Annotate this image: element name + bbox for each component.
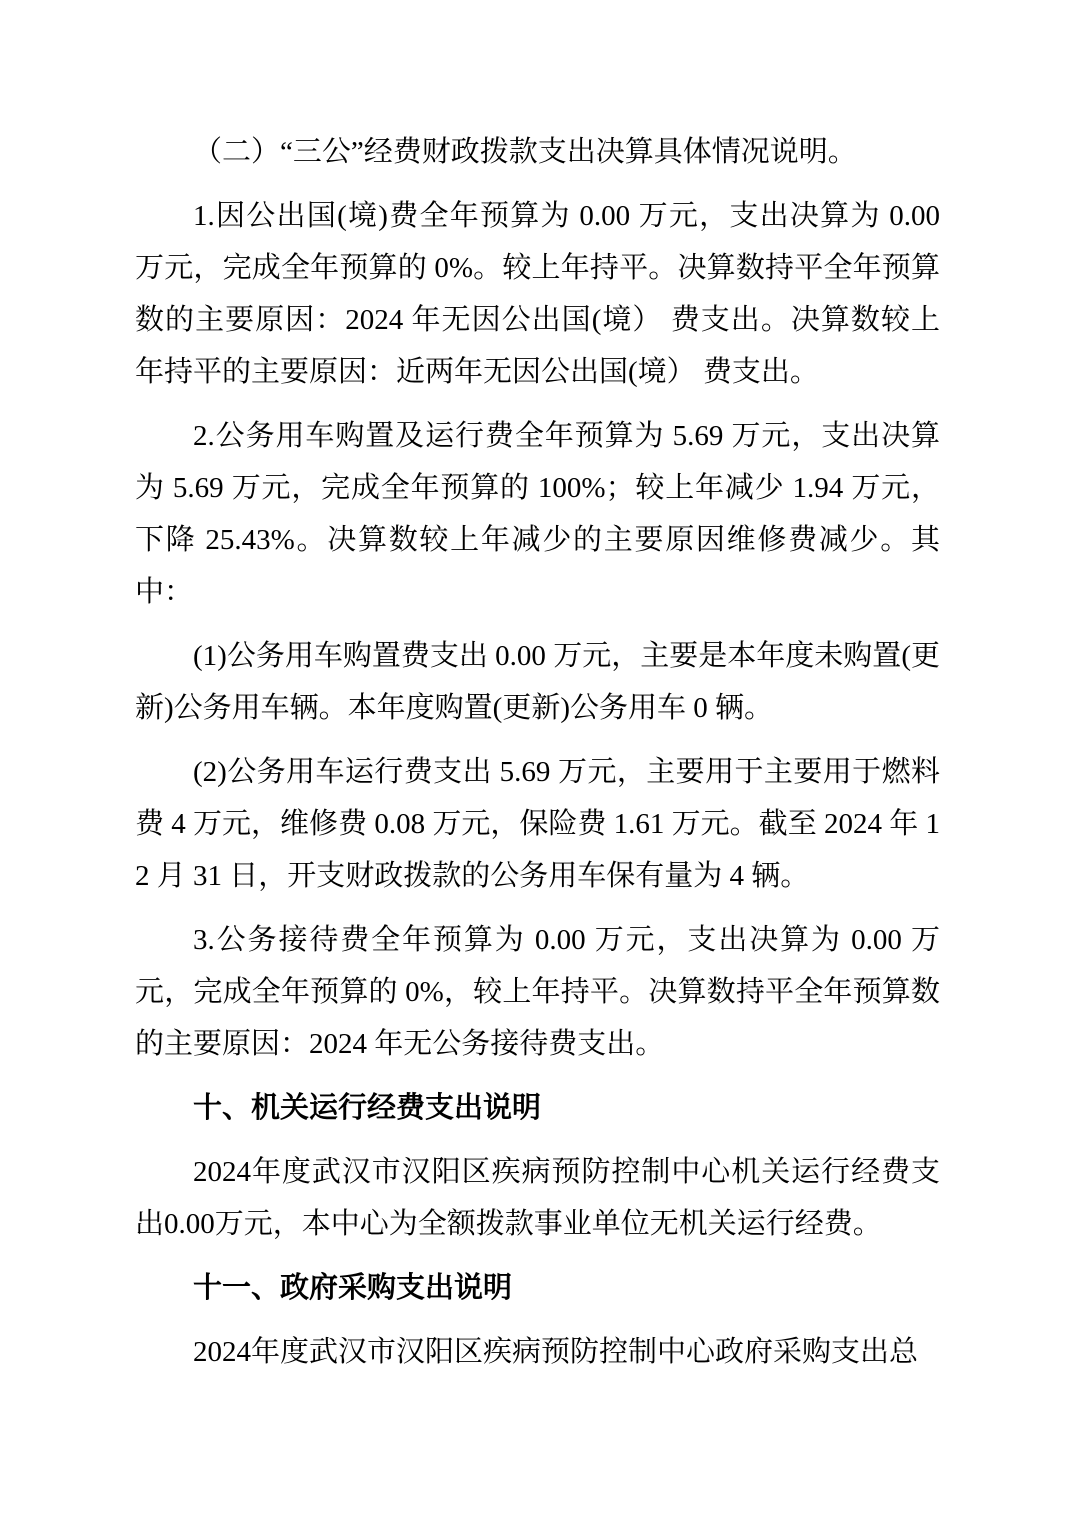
para-vehicle-purchase-expense: (1)公务用车购置费支出 0.00 万元，主要是本年度未购置(更新)公务用车辆。…: [135, 630, 940, 734]
document-page: （二）“三公”经费财政拨款支出决算具体情况说明。 1.因公出国(境)费全年预算为…: [0, 0, 1074, 1520]
para-agency-operating-expense: 2024年度武汉市汉阳区疾病预防控制中心机关运行经费支出0.00万元，本中心为全…: [135, 1146, 940, 1250]
heading-section-eleven-government-procurement: 十一、政府采购支出说明: [135, 1262, 940, 1314]
para-overseas-travel-expense: 1.因公出国(境)费全年预算为 0.00 万元，支出决算为 0.00 万元，完成…: [135, 190, 940, 398]
heading-section-ten-agency-operating-expense: 十、机关运行经费支出说明: [135, 1082, 940, 1134]
para-vehicle-operation-expense: (2)公务用车运行费支出 5.69 万元，主要用于主要用于燃料费 4 万元，维修…: [135, 746, 940, 902]
para-sangong-intro: （二）“三公”经费财政拨款支出决算具体情况说明。: [135, 126, 940, 178]
para-government-procurement: 2024年度武汉市汉阳区疾病预防控制中心政府采购支出总: [135, 1326, 940, 1378]
para-official-reception-expense: 3.公务接待费全年预算为 0.00 万元，支出决算为 0.00 万元，完成全年预…: [135, 914, 940, 1070]
para-official-vehicle-total: 2.公务用车购置及运行费全年预算为 5.69 万元，支出决算为 5.69 万元，…: [135, 410, 940, 618]
